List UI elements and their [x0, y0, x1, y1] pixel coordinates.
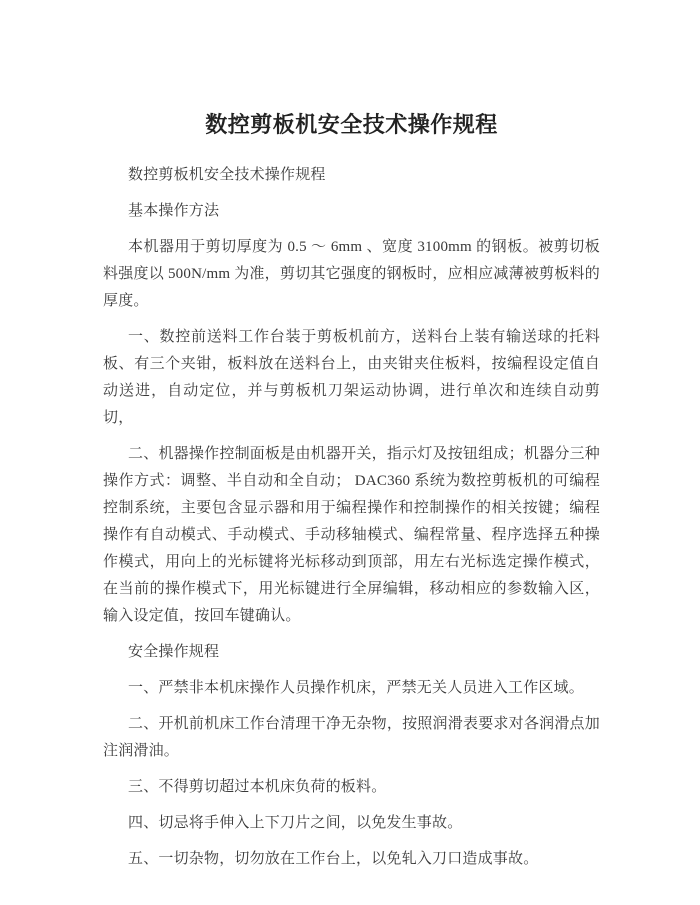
- paragraph-safety-rule-1: 一、严禁非本机床操作人员操作机床，严禁无关人员进入工作区域。: [103, 675, 600, 702]
- heading-safety-rules: 安全操作规程: [103, 639, 600, 666]
- document-subtitle: 数控剪板机安全技术操作规程: [103, 162, 600, 189]
- document-title: 数控剪板机安全技术操作规程: [103, 110, 600, 140]
- paragraph-safety-rule-3: 三、不得剪切超过本机床负荷的板料。: [103, 774, 600, 801]
- paragraph-safety-rule-2: 二、开机前机床工作台清理干净无杂物，按照润滑表要求对各润滑点加注润滑油。: [103, 711, 600, 765]
- paragraph-method-item-1: 一、数控前送料工作台装于剪板机前方，送料台上装有输送球的托料板、有三个夹钳，板料…: [103, 324, 600, 432]
- paragraph-method-item-2: 二、机器操作控制面板是由机器开关，指示灯及按钮组成；机器分三种操作方式：调整、半…: [103, 441, 600, 630]
- paragraph-safety-rule-5: 五、一切杂物，切勿放在工作台上，以免轧入刀口造成事故。: [103, 846, 600, 873]
- document-page: 数控剪板机安全技术操作规程 数控剪板机安全技术操作规程 基本操作方法 本机器用于…: [0, 0, 700, 905]
- paragraph-safety-rule-4: 四、切忌将手伸入上下刀片之间，以免发生事故。: [103, 810, 600, 837]
- heading-basic-methods: 基本操作方法: [103, 198, 600, 225]
- paragraph-machine-specs: 本机器用于剪切厚度为 0.5 ～ 6mm 、宽度 3100mm 的钢板。被剪切板…: [103, 234, 600, 315]
